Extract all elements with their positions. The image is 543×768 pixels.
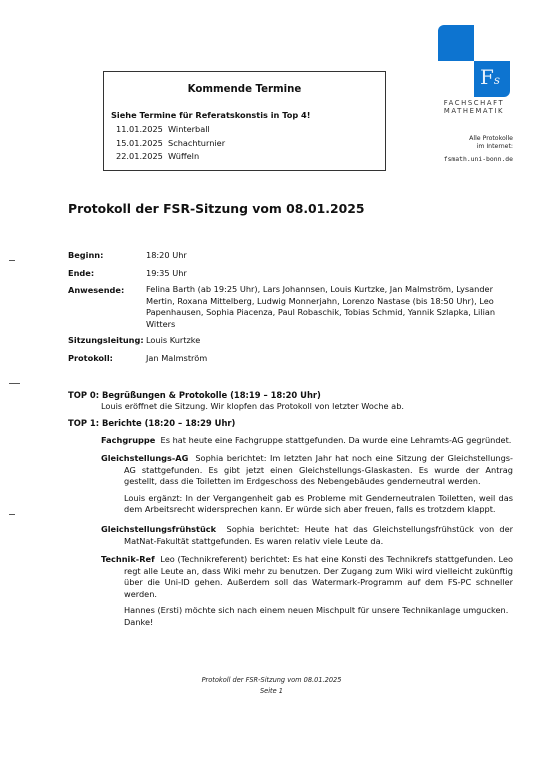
report-label: Fachgruppe xyxy=(101,435,155,445)
event-row: 15.01.2025Schachturnier xyxy=(116,138,225,148)
minutes-taker-label: Protokoll: xyxy=(68,353,113,363)
event-name: Schachturnier xyxy=(168,138,225,148)
report-gleichstellungs-ag: Gleichstellungs-AG Sophia berichtet: Im … xyxy=(101,453,513,516)
attendees-value: Felina Barth (ab 19:25 Uhr), Lars Johann… xyxy=(146,284,512,330)
website-link[interactable]: fsmath.uni-bonn.de xyxy=(444,155,513,163)
report-text: Leo (Technikreferent) berichtet: Es hat … xyxy=(124,554,513,599)
event-name: Winterball xyxy=(168,124,210,134)
upcoming-events-box: Kommende Termine Siehe Termine für Refer… xyxy=(103,71,386,171)
upcoming-events-note: Siehe Termine für Referatskonstis in Top… xyxy=(111,110,311,120)
logo-square-top xyxy=(438,25,474,61)
chair-label: Sitzungsleitung: xyxy=(68,335,144,345)
report-text: Es hat heute eine Fachgruppe stattgefund… xyxy=(161,435,512,445)
footer-title: Protokoll der FSR-Sitzung vom 08.01.2025 xyxy=(0,676,543,684)
event-date: 11.01.2025 xyxy=(116,124,168,134)
logo-text-line2: MATHEMATIK xyxy=(438,107,510,115)
page-number: Seite 1 xyxy=(0,687,543,695)
report-gleichstellungsfruehstueck: Gleichstellungsfrühstück Sophia berichte… xyxy=(101,524,513,547)
chair-value: Louis Kurtzke xyxy=(146,335,512,347)
event-date: 15.01.2025 xyxy=(116,138,168,148)
top0-text: Louis eröffnet die Sitzung. Wir klopfen … xyxy=(101,401,404,413)
online-note-line2: im Internet: xyxy=(477,142,513,151)
upcoming-events-title: Kommende Termine xyxy=(104,84,385,95)
event-row: 11.01.2025Winterball xyxy=(116,124,210,134)
top0-heading: TOP 0: Begrüßungen & Protokolle (18:19 –… xyxy=(68,390,321,400)
start-value: 18:20 Uhr xyxy=(146,250,512,262)
minutes-taker-value: Jan Malmström xyxy=(146,353,512,365)
event-date: 22.01.2025 xyxy=(116,151,168,161)
report-technik-ref: Technik-Ref Leo (Technikreferent) berich… xyxy=(101,554,513,629)
logo-text-line1: FACHSCHAFT xyxy=(438,99,510,107)
report-fachgruppe: Fachgruppe Es hat heute eine Fachgruppe … xyxy=(101,435,513,447)
start-label: Beginn: xyxy=(68,250,103,260)
event-row: 22.01.2025Wüffeln xyxy=(116,151,199,161)
attendees-label: Anwesende: xyxy=(68,285,124,295)
top1-heading: TOP 1: Berichte (18:20 – 18:29 Uhr) xyxy=(68,418,235,428)
report-label: Gleichstellungsfrühstück xyxy=(101,524,216,534)
report-label: Gleichstellungs-AG xyxy=(101,453,188,463)
logo-fs-glyph: Fs xyxy=(480,66,500,91)
report-extra: Hannes (Ersti) möchte sich nach einem ne… xyxy=(101,605,513,628)
margin-mark xyxy=(9,383,20,384)
report-label: Technik-Ref xyxy=(101,554,155,564)
margin-mark xyxy=(9,260,15,261)
end-value: 19:35 Uhr xyxy=(146,268,512,280)
report-extra: Louis ergänzt: In der Vergangenheit gab … xyxy=(101,493,513,516)
document-title: Protokoll der FSR-Sitzung vom 08.01.2025 xyxy=(68,201,364,216)
event-name: Wüffeln xyxy=(168,151,199,161)
end-label: Ende: xyxy=(68,268,94,278)
margin-mark xyxy=(9,514,15,515)
